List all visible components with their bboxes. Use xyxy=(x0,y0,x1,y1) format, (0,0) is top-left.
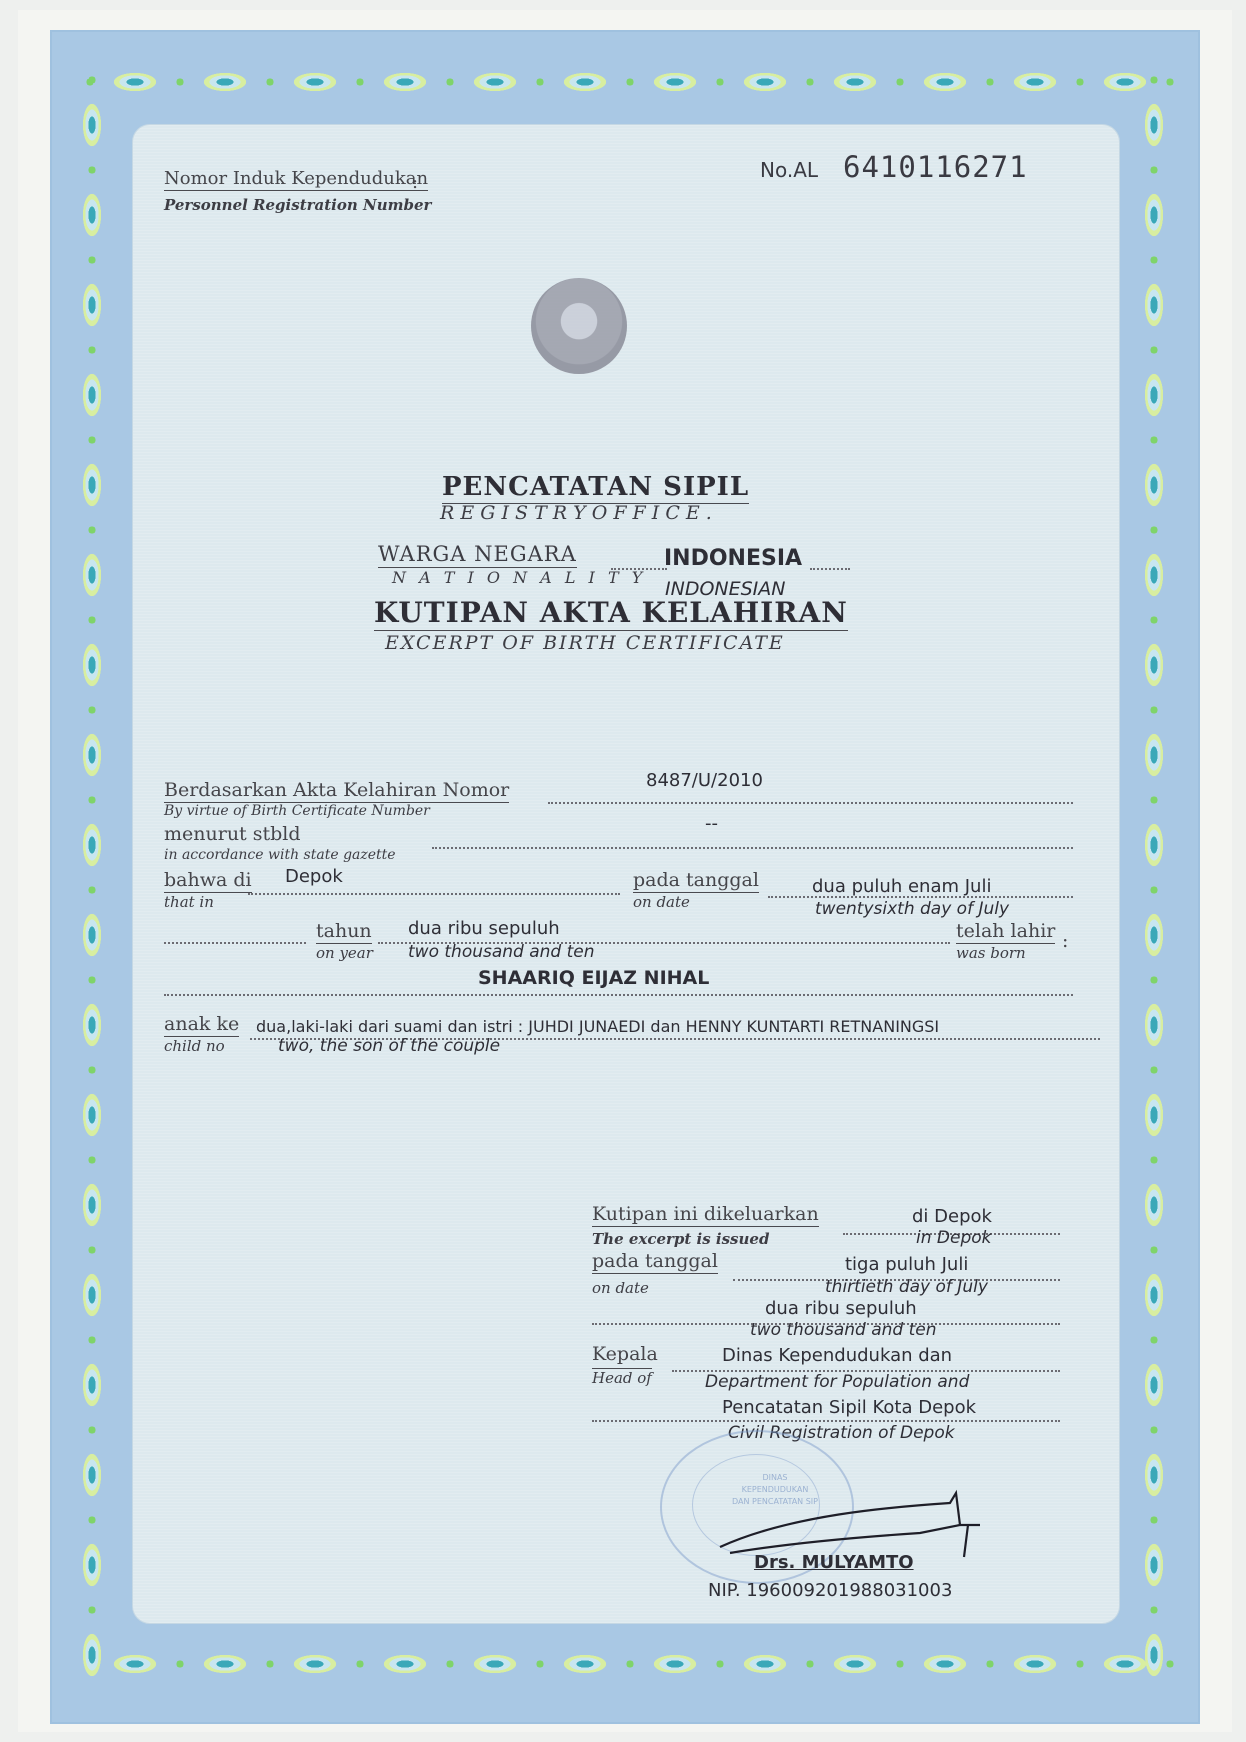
place-label: bahwa di xyxy=(164,869,252,893)
nik-label: Nomor Induk Kependudukan xyxy=(164,168,428,191)
born-label-en: was born xyxy=(956,944,1026,962)
nationality-value: INDONESIA xyxy=(664,546,802,571)
department-line2: Pencatatan Sipil Kota Depok xyxy=(722,1397,976,1418)
child-no-label-en: child no xyxy=(164,1037,225,1055)
signatory-name: Drs. MULYAMTO xyxy=(754,1552,914,1573)
dotted-leader xyxy=(810,568,850,570)
dotted-leader xyxy=(248,893,620,895)
signatory-nip: NIP. 196009201988031003 xyxy=(708,1580,952,1601)
nationality-label: WARGA NEGARA xyxy=(378,542,577,568)
nik-colon: : xyxy=(412,172,418,193)
office-title: PENCATATAN SIPIL xyxy=(442,472,749,504)
birth-date-label: pada tanggal xyxy=(633,869,759,893)
serial-prefix: No.AL xyxy=(760,158,818,182)
birth-date-value-en: twentysixth day of July xyxy=(815,899,1009,919)
place-label-en: that in xyxy=(164,893,214,911)
born-label: telah lahir xyxy=(956,920,1055,944)
child-no-value: dua,laki-laki dari suami dan istri : JUH… xyxy=(256,1017,939,1036)
birth-year-value-en: two thousand and ten xyxy=(408,942,595,962)
garuda-seal-icon xyxy=(531,278,627,374)
issue-date-value-en: thirtieth day of July xyxy=(825,1277,988,1297)
dotted-leader xyxy=(164,994,1073,996)
head-label-en: Head of xyxy=(592,1368,652,1387)
place-value: Depok xyxy=(285,866,343,887)
birth-date-value: dua puluh enam Juli xyxy=(812,876,991,897)
birth-date-label-en: on date xyxy=(633,893,690,911)
child-no-label: anak ke xyxy=(164,1013,239,1037)
stbld-value: -- xyxy=(705,813,718,834)
issue-date-label: pada tanggal xyxy=(592,1250,718,1274)
stbld-label: menurut stbld xyxy=(164,823,301,845)
ornament-border-bottom xyxy=(70,1644,1176,1684)
dotted-leader xyxy=(768,896,1073,898)
department-line1-en: Department for Population and xyxy=(705,1372,969,1392)
issue-year-value-en: two thousand and ten xyxy=(750,1320,937,1340)
issue-year-value: dua ribu sepuluh xyxy=(765,1298,917,1319)
cert-no-value: 8487/U/2010 xyxy=(646,770,763,791)
born-colon: : xyxy=(1062,930,1068,952)
serial-number: 6410116271 xyxy=(843,150,1028,184)
head-label: Kepala xyxy=(592,1343,658,1365)
issued-place-value: di Depok xyxy=(912,1206,992,1227)
dotted-leader xyxy=(432,847,1073,849)
ornament-border-right xyxy=(1132,60,1176,1690)
department-line1: Dinas Kependudukan dan xyxy=(722,1345,952,1366)
birth-year-value: dua ribu sepuluh xyxy=(408,918,560,939)
cert-no-label-en: By virtue of Birth Certificate Number xyxy=(164,803,430,819)
birth-year-label-en: on year xyxy=(316,944,373,962)
dotted-leader xyxy=(164,942,306,944)
issued-place-value-en: in Depok xyxy=(916,1228,992,1248)
dotted-leader xyxy=(611,568,667,570)
nik-sublabel: Personnel Registration Number xyxy=(164,196,431,214)
document-title-en: EXCERPT OF BIRTH CERTIFICATE xyxy=(385,632,785,654)
stamp-text-line: DINAS xyxy=(732,1472,818,1484)
issued-label-en: The excerpt is issued xyxy=(592,1230,769,1248)
stbld-label-en: in accordance with state gazette xyxy=(164,847,396,863)
issue-date-value: tiga puluh Juli xyxy=(845,1254,968,1275)
nationality-label-en: N A T I O N A L I T Y xyxy=(392,568,646,587)
child-no-value-en: two, the son of the couple xyxy=(278,1036,500,1056)
issue-date-label-en: on date xyxy=(592,1279,649,1297)
dotted-leader xyxy=(592,1420,1060,1422)
issued-label: Kutipan ini dikeluarkan xyxy=(592,1203,819,1227)
birth-year-label: tahun xyxy=(316,920,372,944)
document-title: KUTIPAN AKTA KELAHIRAN xyxy=(374,596,848,631)
dotted-leader xyxy=(548,802,1073,804)
ornament-border-left xyxy=(70,60,114,1690)
cert-no-label: Berdasarkan Akta Kelahiran Nomor xyxy=(164,779,509,803)
child-name: SHAARIQ EIJAZ NIHAL xyxy=(478,967,709,989)
ornament-border-top xyxy=(70,62,1176,102)
office-title-en: R E G I S T R Y O F F I C E . xyxy=(440,502,712,524)
